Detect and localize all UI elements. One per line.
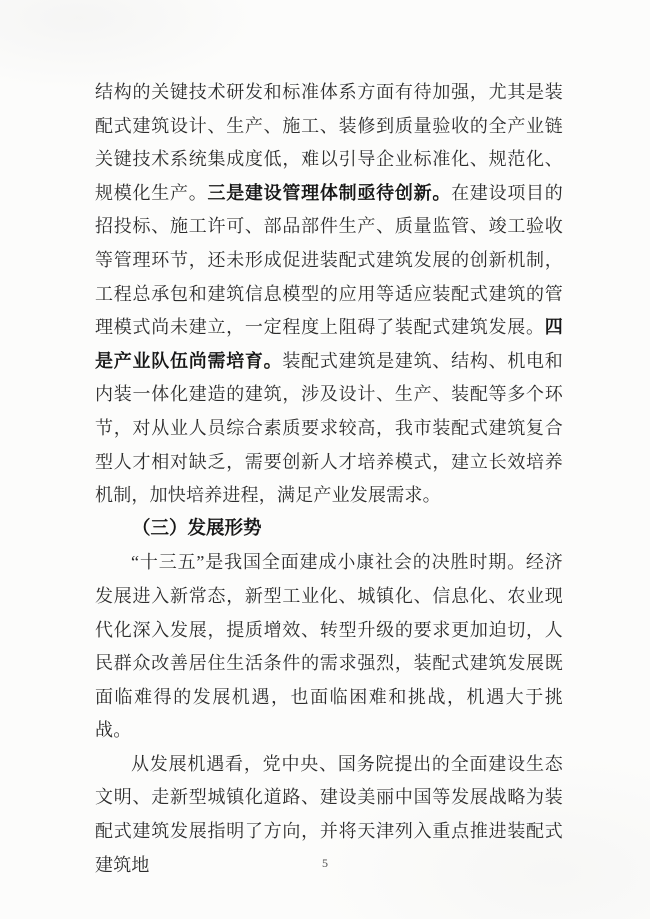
document-page: 结构的关键技术研发和标准体系方面有待加强，尤其是装配式建筑设计、生产、施工、装修… bbox=[0, 0, 650, 919]
page-content: 结构的关键技术研发和标准体系方面有待加强，尤其是装配式建筑设计、生产、施工、装修… bbox=[95, 76, 563, 882]
inline-bold-heading: 三是建设管理体制亟待创新。 bbox=[207, 183, 451, 203]
page-number: 5 bbox=[0, 856, 650, 871]
paragraph-text: 装配式建筑是建筑、结构、机电和内装一体化建造的建筑，涉及设计、生产、装配等多个环… bbox=[95, 351, 563, 505]
paragraph: “十三五”是我国全面建成小康社会的决胜时期。经济发展进入新常态，新型工业化、城镇… bbox=[95, 546, 563, 748]
paragraph-text: 在建设项目的招投标、施工许可、部品部件生产、质量监管、竣工验收等管理环节，还未形… bbox=[95, 183, 563, 337]
section-heading: （三）发展形势 bbox=[95, 513, 563, 547]
paragraph: 结构的关键技术研发和标准体系方面有待加强，尤其是装配式建筑设计、生产、施工、装修… bbox=[95, 76, 563, 513]
